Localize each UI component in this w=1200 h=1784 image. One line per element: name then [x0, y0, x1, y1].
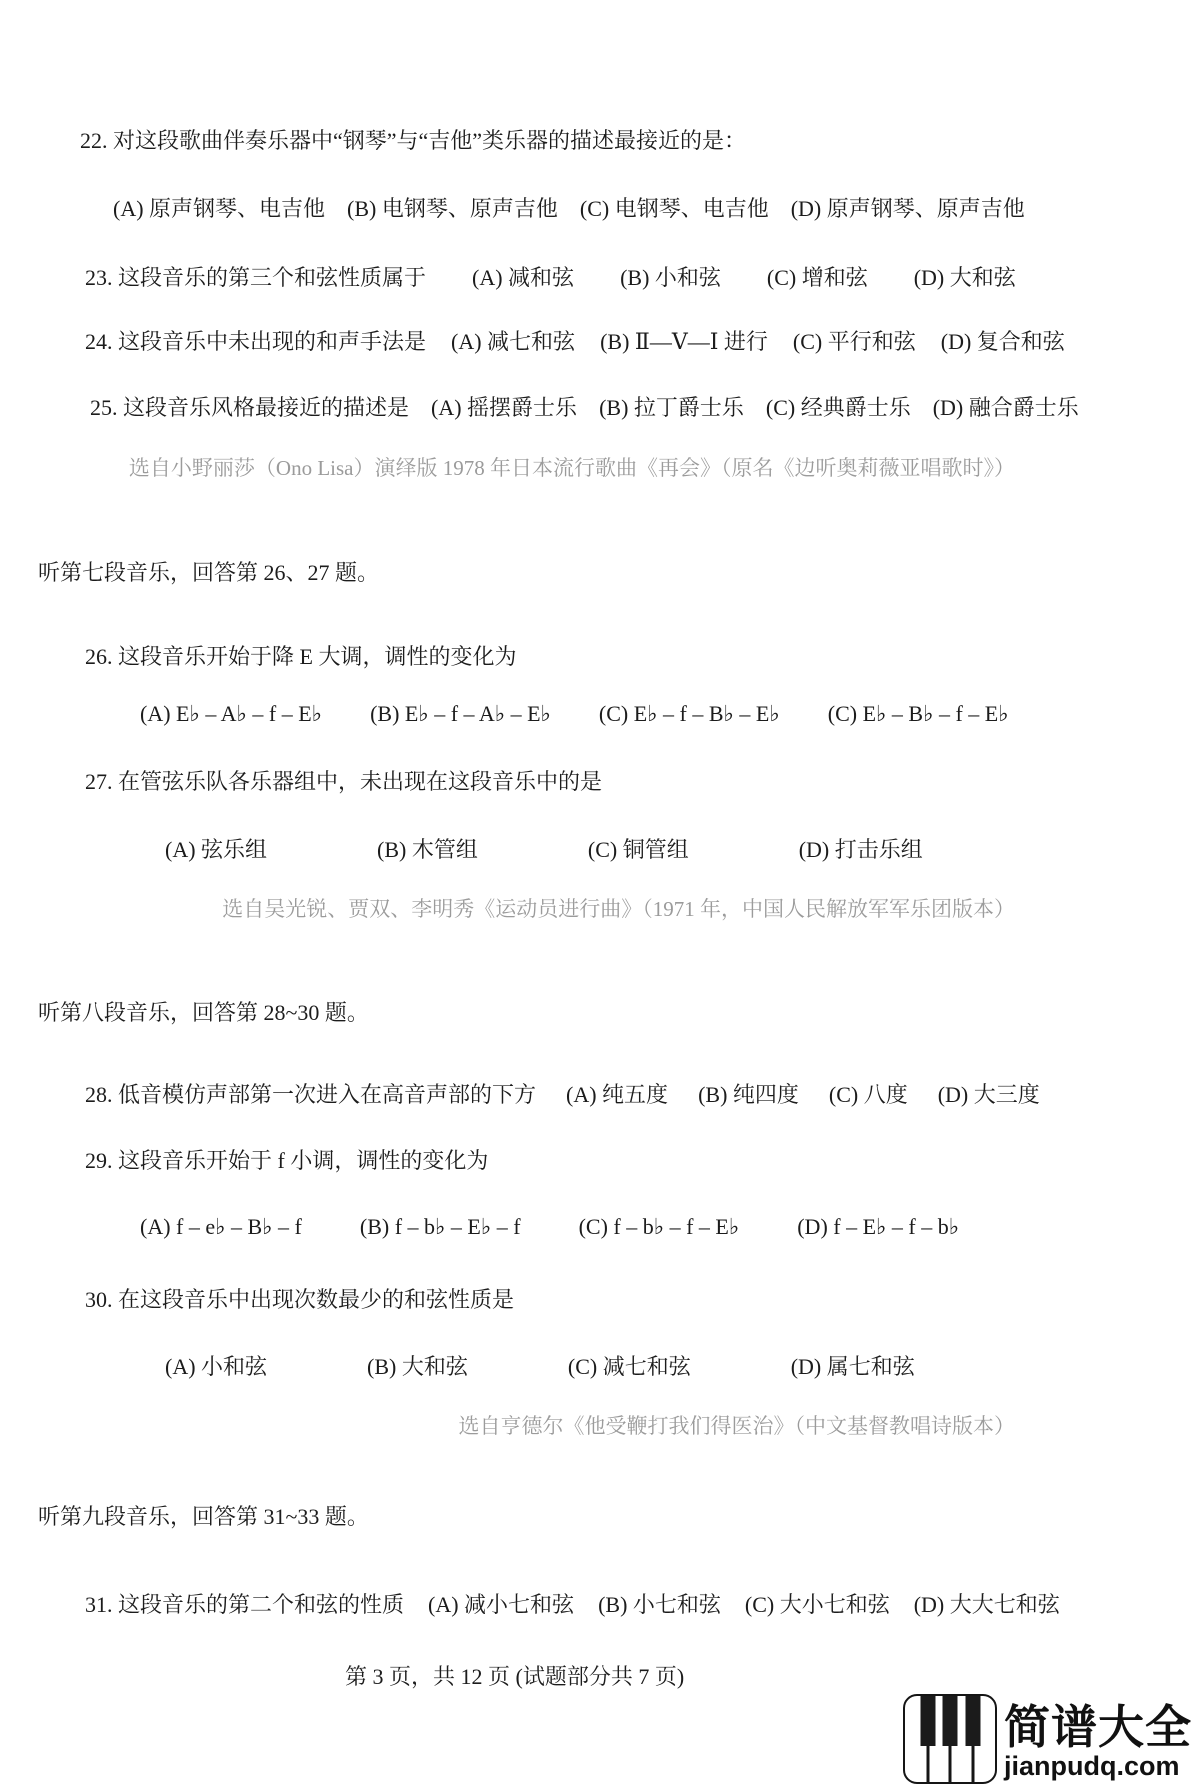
option-b: (B) 纯四度 — [698, 1078, 799, 1109]
option-a: (A) 摇摆爵士乐 — [431, 391, 577, 422]
question-text: 25. 这段音乐风格最接近的描述是 — [90, 391, 409, 422]
option-a: (A) 小和弦 — [165, 1350, 267, 1381]
option-d: (D) 属七和弦 — [791, 1350, 915, 1381]
question-text: 29. 这段音乐开始于 f 小调，调性的变化为 — [85, 1144, 488, 1175]
question-text: 31. 这段音乐的第二个和弦的性质 — [85, 1588, 404, 1619]
question-28: 28. 低音模仿声部第一次进入在高音声部的下方 (A) 纯五度 (B) 纯四度 … — [85, 1078, 1040, 1109]
section-text: 听第八段音乐，回答第 28~30 题。 — [38, 996, 369, 1027]
option-c: (C) 经典爵士乐 — [766, 391, 911, 422]
section-header-8: 听第八段音乐，回答第 28~30 题。 — [38, 996, 369, 1027]
option-d: (D) 大大七和弦 — [914, 1588, 1060, 1619]
source-text: 选自小野丽莎（Ono Lisa）演绎版 1978 年日本流行歌曲《再会》（原名《… — [129, 452, 1015, 482]
option-c: (C) 电钢琴、电吉他 — [580, 192, 769, 223]
source-text: 选自亨德尔《他受鞭打我们得医治》（中文基督教唱诗版本） — [459, 1410, 1016, 1440]
watermark-brand: 简谱大全 — [1004, 1704, 1192, 1750]
option-c: (C) 减七和弦 — [568, 1350, 691, 1381]
option-c: (C) E♭ – f – B♭ – E♭ — [599, 701, 780, 727]
option-d: (D) f – E♭ – f – b♭ — [797, 1214, 959, 1240]
question-text: 26. 这段音乐开始于降 E 大调，调性的变化为 — [85, 640, 516, 671]
question-text: 23. 这段音乐的第三个和弦性质属于 — [85, 261, 426, 292]
option-a: (A) 减小七和弦 — [428, 1588, 574, 1619]
source-note-jazz: 选自小野丽莎（Ono Lisa）演绎版 1978 年日本流行歌曲《再会》（原名《… — [129, 452, 1015, 482]
question-27-options: (A) 弦乐组 (B) 木管组 (C) 铜管组 (D) 打击乐组 — [165, 833, 923, 864]
option-b: (B) 大和弦 — [367, 1350, 468, 1381]
option-a: (A) 纯五度 — [566, 1078, 668, 1109]
option-b: (B) 小和弦 — [620, 261, 721, 292]
watermark: 简谱大全 jianpudq.com — [903, 1694, 1192, 1784]
section-text: 听第九段音乐，回答第 31~33 题。 — [38, 1500, 369, 1531]
option-d: (D) 大和弦 — [914, 261, 1016, 292]
source-note-march: 选自吴光锐、贾双、李明秀《运动员进行曲》（1971 年，中国人民解放军军乐团版本… — [222, 893, 1015, 923]
question-text: 28. 低音模仿声部第一次进入在高音声部的下方 — [85, 1078, 536, 1109]
option-b: (B) f – b♭ – E♭ – f — [360, 1214, 521, 1240]
section-header-9: 听第九段音乐，回答第 31~33 题。 — [38, 1500, 369, 1531]
question-31: 31. 这段音乐的第二个和弦的性质 (A) 减小七和弦 (B) 小七和弦 (C)… — [85, 1588, 1060, 1619]
option-b: (B) 木管组 — [377, 833, 478, 864]
watermark-text: 简谱大全 jianpudq.com — [1004, 1704, 1192, 1784]
source-note-handel: 选自亨德尔《他受鞭打我们得医治》（中文基督教唱诗版本） — [459, 1410, 1016, 1440]
page-number-text: 第 3 页，共 12 页 (试题部分共 7 页) — [345, 1660, 684, 1691]
source-text: 选自吴光锐、贾双、李明秀《运动员进行曲》（1971 年，中国人民解放军军乐团版本… — [222, 893, 1015, 923]
question-22-options: (A) 原声钢琴、电吉他 (B) 电钢琴、原声吉他 (C) 电钢琴、电吉他 (D… — [113, 192, 1025, 223]
option-c: (C) 平行和弦 — [793, 325, 916, 356]
question-27-stem: 27. 在管弦乐队各乐器组中，未出现在这段音乐中的是 — [85, 765, 602, 796]
question-text: 22. 对这段歌曲伴奏乐器中“钢琴”与“吉他”类乐器的描述最接近的是： — [80, 124, 746, 155]
question-26-options: (A) E♭ – A♭ – f – E♭ (B) E♭ – f – A♭ – E… — [140, 701, 1009, 727]
option-b: (B) Ⅱ—Ⅴ—Ⅰ 进行 — [600, 325, 768, 356]
option-d: (D) 融合爵士乐 — [933, 391, 1079, 422]
question-text: 24. 这段音乐中未出现的和声手法是 — [85, 325, 426, 356]
exam-page: 22. 对这段歌曲伴奏乐器中“钢琴”与“吉他”类乐器的描述最接近的是： (A) … — [0, 0, 1200, 1784]
question-24: 24. 这段音乐中未出现的和声手法是 (A) 减七和弦 (B) Ⅱ—Ⅴ—Ⅰ 进行… — [85, 325, 1065, 356]
question-29-options: (A) f – e♭ – B♭ – f (B) f – b♭ – E♭ – f … — [140, 1214, 959, 1240]
option-a: (A) 弦乐组 — [165, 833, 267, 864]
question-text: 30. 在这段音乐中出现次数最少的和弦性质是 — [85, 1283, 514, 1314]
question-23: 23. 这段音乐的第三个和弦性质属于 (A) 减和弦 (B) 小和弦 (C) 增… — [85, 261, 1016, 292]
option-c: (C) 增和弦 — [767, 261, 868, 292]
option-c: (C) 大小七和弦 — [745, 1588, 890, 1619]
option-d: (D) 大三度 — [938, 1078, 1040, 1109]
question-29-stem: 29. 这段音乐开始于 f 小调，调性的变化为 — [85, 1144, 488, 1175]
section-header-7: 听第七段音乐，回答第 26、27 题。 — [38, 556, 379, 587]
option-a: (A) f – e♭ – B♭ – f — [140, 1214, 302, 1240]
option-b: (B) E♭ – f – A♭ – E♭ — [370, 701, 551, 727]
option-a: (A) 减七和弦 — [451, 325, 575, 356]
option-b: (B) 电钢琴、原声吉他 — [347, 192, 558, 223]
option-d: (C) E♭ – B♭ – f – E♭ — [828, 701, 1009, 727]
section-text: 听第七段音乐，回答第 26、27 题。 — [38, 556, 379, 587]
question-30-options: (A) 小和弦 (B) 大和弦 (C) 减七和弦 (D) 属七和弦 — [165, 1350, 915, 1381]
question-30-stem: 30. 在这段音乐中出现次数最少的和弦性质是 — [85, 1283, 514, 1314]
option-b: (B) 拉丁爵士乐 — [599, 391, 744, 422]
watermark-site: jianpudq.com — [1004, 1753, 1180, 1780]
option-d: (D) 打击乐组 — [799, 833, 923, 864]
option-b: (B) 小七和弦 — [598, 1588, 721, 1619]
question-25: 25. 这段音乐风格最接近的描述是 (A) 摇摆爵士乐 (B) 拉丁爵士乐 (C… — [90, 391, 1079, 422]
question-26-stem: 26. 这段音乐开始于降 E 大调，调性的变化为 — [85, 640, 516, 671]
option-a: (A) E♭ – A♭ – f – E♭ — [140, 701, 322, 727]
question-text: 27. 在管弦乐队各乐器组中，未出现在这段音乐中的是 — [85, 765, 602, 796]
option-c: (C) f – b♭ – f – E♭ — [579, 1214, 740, 1240]
option-d: (D) 原声钢琴、原声吉他 — [791, 192, 1025, 223]
piano-keys-icon — [903, 1694, 997, 1784]
option-a: (A) 减和弦 — [472, 261, 574, 292]
question-22-stem: 22. 对这段歌曲伴奏乐器中“钢琴”与“吉他”类乐器的描述最接近的是： — [80, 124, 746, 155]
option-c: (C) 八度 — [829, 1078, 908, 1109]
page-footer: 第 3 页，共 12 页 (试题部分共 7 页) — [345, 1660, 684, 1691]
option-a: (A) 原声钢琴、电吉他 — [113, 192, 325, 223]
option-d: (D) 复合和弦 — [941, 325, 1065, 356]
option-c: (C) 铜管组 — [588, 833, 689, 864]
